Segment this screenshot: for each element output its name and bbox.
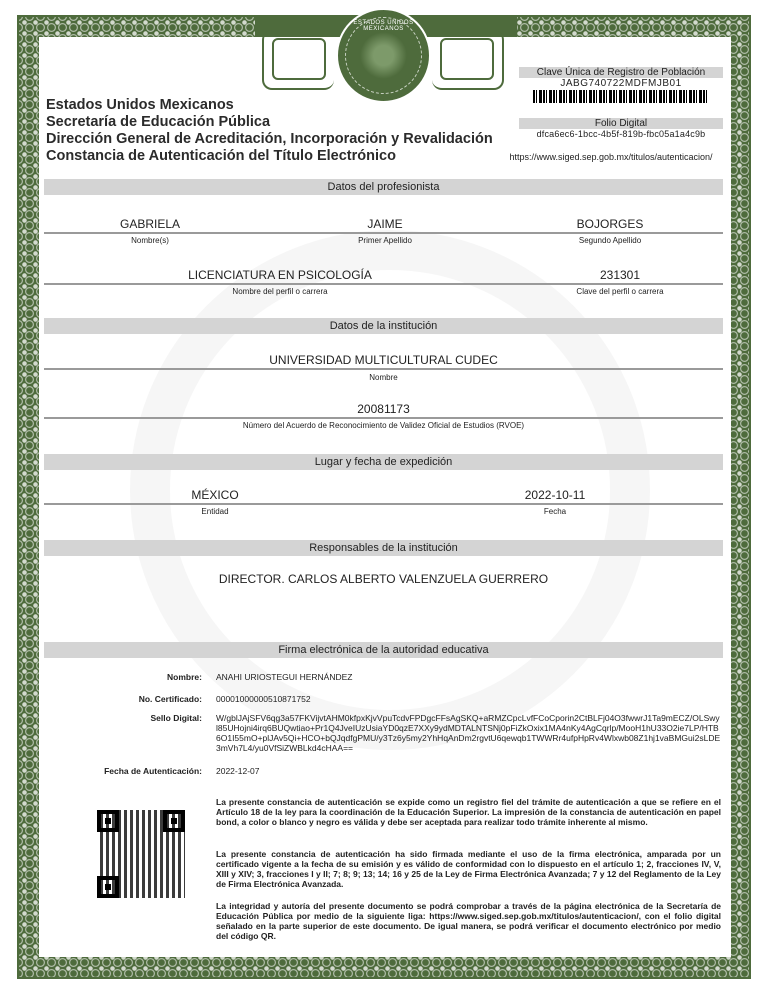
rvoe-value: 20081173: [44, 402, 723, 416]
divider: [44, 417, 723, 419]
verification-url[interactable]: https://www.siged.sep.gob.mx/titulos/aut…: [498, 152, 724, 162]
entidad-value: MÉXICO: [150, 488, 280, 502]
legal-paragraph-3: La integridad y autoría del presente doc…: [216, 901, 721, 941]
divider: [44, 232, 723, 234]
sello-label: Sello Digital:: [42, 713, 202, 724]
certificado-value: 00001000000510871752: [216, 694, 721, 705]
firmante-label: Nombre:: [42, 672, 202, 683]
ornament-left: [262, 30, 334, 90]
institucion-nombre-value: UNIVERSIDAD MULTICULTURAL CUDEC: [44, 353, 723, 367]
carrera-value: LICENCIATURA EN PSICOLOGÍA: [160, 268, 400, 282]
section-firma: Firma electrónica de la autoridad educat…: [44, 642, 723, 658]
fecha-expedicion-value: 2022-10-11: [490, 488, 620, 502]
firmante-value: ANAHI URIOSTEGUI HERNÁNDEZ: [216, 672, 721, 683]
clave-carrera-label: Clave del perfil o carrera: [545, 287, 695, 297]
clave-carrera-value: 231301: [555, 268, 685, 282]
sello-value: W/gblJAjSFV6qg3a57FKVijvtAHM0kfpxKjvVpuT…: [216, 713, 721, 753]
section-expedicion: Lugar y fecha de expedición: [44, 454, 723, 470]
national-seal-icon: ESTADOS UNIDOS MEXICANOS: [336, 8, 431, 103]
segundo-apellido-label: Segundo Apellido: [535, 236, 685, 246]
divider: [44, 503, 723, 505]
folio-block: Folio Digital dfca6ec6-1bcc-4b5f-819b-fb…: [519, 118, 723, 140]
rvoe-label: Número del Acuerdo de Reconocimiento de …: [44, 421, 723, 431]
header-line-ministry: Secretaría de Educación Pública: [46, 114, 493, 131]
carrera-label: Nombre del perfil o carrera: [160, 287, 400, 297]
legal-paragraph-1: La presente constancia de autenticación …: [216, 797, 721, 827]
primer-apellido-label: Primer Apellido: [310, 236, 460, 246]
header-line-country: Estados Unidos Mexicanos: [46, 97, 493, 114]
document-header: Estados Unidos Mexicanos Secretaría de E…: [46, 97, 493, 165]
section-responsables: Responsables de la institución: [44, 540, 723, 556]
header-line-directorate: Dirección General de Acreditación, Incor…: [46, 131, 493, 148]
folio-label: Folio Digital: [519, 118, 723, 129]
barcode-icon: [533, 90, 709, 103]
fecha-autenticacion-value: 2022-12-07: [216, 766, 721, 777]
seal-text: ESTADOS UNIDOS MEXICANOS: [338, 20, 429, 32]
curp-label: Clave Única de Registro de Población: [519, 67, 723, 78]
section-profesionista: Datos del profesionista: [44, 179, 723, 195]
section-institucion: Datos de la institución: [44, 318, 723, 334]
entidad-label: Entidad: [150, 507, 280, 517]
qr-code-icon: [97, 810, 185, 898]
primer-apellido-value: JAIME: [310, 217, 460, 231]
curp-block: Clave Única de Registro de Población JAB…: [519, 67, 723, 103]
folio-value: dfca6ec6-1bcc-4b5f-819b-fbc05a1a4c9b: [519, 129, 723, 140]
divider: [44, 283, 723, 285]
divider: [44, 368, 723, 370]
curp-value: JABG740722MDFMJB01: [519, 78, 723, 89]
nombre-label: Nombre(s): [80, 236, 220, 246]
director-name: DIRECTOR. CARLOS ALBERTO VALENZUELA GUER…: [44, 572, 723, 586]
institucion-nombre-label: Nombre: [44, 373, 723, 383]
header-line-document-title: Constancia de Autenticación del Título E…: [46, 148, 493, 165]
segundo-apellido-value: BOJORGES: [535, 217, 685, 231]
nombre-value: GABRIELA: [80, 217, 220, 231]
fecha-autenticacion-label: Fecha de Autenticación:: [42, 766, 202, 777]
field-segundo-apellido: BOJORGES: [535, 217, 685, 231]
legal-paragraph-2: La presente constancia de autenticación …: [216, 849, 721, 889]
ornament-right: [432, 30, 504, 90]
field-primer-apellido: JAIME: [310, 217, 460, 231]
field-nombre: GABRIELA: [80, 217, 220, 231]
fecha-expedicion-label: Fecha: [490, 507, 620, 517]
certificado-label: No. Certificado:: [42, 694, 202, 705]
